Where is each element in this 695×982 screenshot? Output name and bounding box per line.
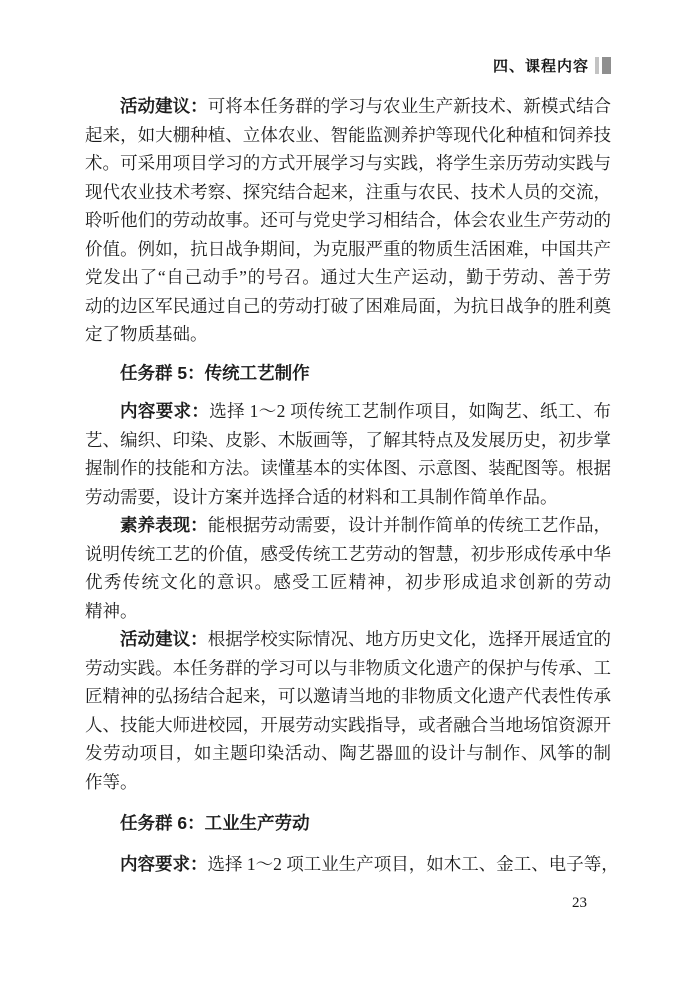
- header-thick-bar-icon: [602, 57, 611, 74]
- document-page: 四、课程内容 活动建议：可将本任务群的学习与农业生产新技术、新模式结合 起来，如…: [0, 0, 695, 982]
- text-line: 活动建议：可将本任务群的学习与农业生产新技术、新模式结合: [85, 92, 611, 121]
- text-run: 根据学校实际情况、地方历史文化，选择开展适宜的: [208, 629, 611, 649]
- text-run: 选择 1～2 项工业生产项目，如木工、金工、电子等，: [208, 854, 619, 874]
- text-line: 说明传统工艺的价值，感受传统工艺劳动的智慧，初步形成传承中华: [85, 540, 611, 569]
- paragraph-label: 内容要求：: [120, 854, 208, 874]
- header-thin-bar-icon: [595, 57, 599, 74]
- text-line: 聆听他们的劳动故事。还可与党史学习相结合，体会农业生产劳动的: [85, 206, 611, 235]
- text-line: 劳动需要，设计方案并选择合适的材料和工具制作简单作品。: [85, 483, 611, 512]
- text-line: 精神。: [85, 597, 611, 626]
- text-line: 优秀传统文化的意识。感受工匠精神，初步形成追求创新的劳动: [85, 568, 611, 597]
- paragraph-label: 内容要求：: [120, 401, 209, 421]
- paragraph-content-requirements-craft: 内容要求：选择 1～2 项传统工艺制作项目，如陶艺、纸工、布 艺、编织、印染、皮…: [85, 397, 611, 511]
- text-line: 发劳动项目，如主题印染活动、陶艺器皿的设计与制作、风筝的制: [85, 739, 611, 768]
- header-decoration-bars-icon: [595, 57, 611, 74]
- text-line: 艺、编织、印染、皮影、木版画等，了解其特点及发展历史，初步掌: [85, 426, 611, 455]
- paragraph-content-requirements-industry: 内容要求：选择 1～2 项工业生产项目，如木工、金工、电子等，: [85, 850, 611, 879]
- text-line: 动的边区军民通过自己的劳动打破了困难局面，为抗日战争的胜利奠: [85, 292, 611, 321]
- heading-task-group-5: 任务群 5：传统工艺制作: [85, 359, 611, 388]
- paragraph-activity-suggestion-craft: 活动建议：根据学校实际情况、地方历史文化，选择开展适宜的 劳动实践。本任务群的学…: [85, 625, 611, 796]
- text-line: 内容要求：选择 1～2 项传统工艺制作项目，如陶艺、纸工、布: [85, 397, 611, 426]
- paragraph-label: 活动建议：: [120, 96, 208, 116]
- paragraph-label: 素养表现：: [120, 515, 208, 535]
- text-line: 术。可采用项目学习的方式开展学习与实践，将学生亲历劳动实践与: [85, 149, 611, 178]
- text-line: 匠精神的弘扬结合起来，可以邀请当地的非物质文化遗产代表性传承: [85, 682, 611, 711]
- text-line: 党发出了“自己动手”的号召。通过大生产运动，勤于劳动、善于劳: [85, 263, 611, 292]
- text-line: 作等。: [85, 768, 611, 797]
- text-line: 定了物质基础。: [85, 320, 611, 349]
- text-run: 选择 1～2 项传统工艺制作项目，如陶艺、纸工、布: [209, 401, 611, 421]
- paragraph-label: 活动建议：: [120, 629, 208, 649]
- running-header: 四、课程内容: [493, 55, 611, 76]
- text-line: 起来，如大棚种植、立体农业、智能监测养护等现代化种植和饲养技: [85, 121, 611, 150]
- text-run: 可将本任务群的学习与农业生产新技术、新模式结合: [208, 96, 611, 116]
- text-line: 人、技能大师进校园，开展劳动实践指导，或者融合当地场馆资源开: [85, 711, 611, 740]
- text-line: 活动建议：根据学校实际情况、地方历史文化，选择开展适宜的: [85, 625, 611, 654]
- paragraph-activity-suggestion-agriculture: 活动建议：可将本任务群的学习与农业生产新技术、新模式结合 起来，如大棚种植、立体…: [85, 92, 611, 349]
- page-body-text: 活动建议：可将本任务群的学习与农业生产新技术、新模式结合 起来，如大棚种植、立体…: [85, 92, 611, 878]
- text-run: 能根据劳动需要，设计并制作简单的传统工艺作品，: [208, 515, 611, 535]
- page-number: 23: [572, 895, 587, 912]
- text-line: 价值。例如，抗日战争期间，为克服严重的物质生活困难，中国共产: [85, 235, 611, 264]
- text-line: 素养表现：能根据劳动需要，设计并制作简单的传统工艺作品，: [85, 511, 611, 540]
- running-header-title: 四、课程内容: [493, 55, 589, 76]
- text-line: 现代农业技术考察、探究结合起来，注重与农民、技术人员的交流，: [85, 178, 611, 207]
- text-line: 握制作的技能和方法。读懂基本的实体图、示意图、装配图等。根据: [85, 454, 611, 483]
- text-line: 内容要求：选择 1～2 项工业生产项目，如木工、金工、电子等，: [85, 850, 611, 879]
- heading-task-group-6: 任务群 6：工业生产劳动: [85, 809, 611, 838]
- text-line: 劳动实践。本任务群的学习可以与非物质文化遗产的保护与传承、工: [85, 654, 611, 683]
- paragraph-competency-performance-craft: 素养表现：能根据劳动需要，设计并制作简单的传统工艺作品， 说明传统工艺的价值，感…: [85, 511, 611, 625]
